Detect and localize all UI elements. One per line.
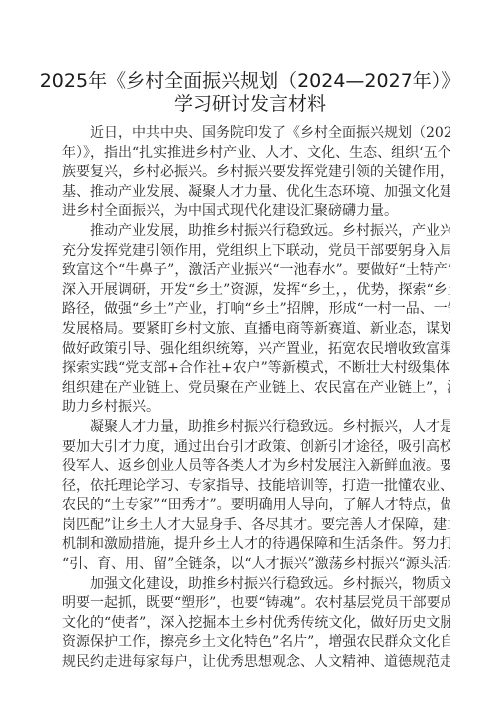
text-line: 基、推动产业发展、凝聚人才力量、优化生态环境、加强文化建设，扎实推 xyxy=(62,183,450,203)
text-line: 机制和激励措施，提升乡土人才的待遇保障和生活条件。努力打通乡土人才 xyxy=(62,535,450,555)
text-line: 族要复兴，乡村必振兴。乡村振兴要发挥党建引领的关键作用，夯实组织根 xyxy=(62,163,450,183)
text-line: 探索实践“党支部+合作社+农户”等新模式，不断壮大村级集体经济，实现“党 xyxy=(62,359,450,379)
text-line: 凝聚人才力量，助推乡村振兴行稳致远。乡村振兴，人才是第一资源。 xyxy=(62,418,450,438)
text-line: 推动产业发展，助推乡村振兴行稳致远。乡村振兴，产业兴旺是根基。 xyxy=(62,222,450,242)
paragraph-intro: 近日，中共中央、国务院印发了《乡村全面振兴规划（2024—2027 年）》，指出… xyxy=(62,124,450,222)
text-line: 年）》，指出“扎实推进乡村产业、人才、文化、生态、组织‘五个振兴民 xyxy=(62,144,450,164)
text-line: 加强文化建设，助推乡村振兴行稳致远。乡村振兴，物质文明和精神文 xyxy=(62,575,450,595)
paragraph-culture: 加强文化建设，助推乡村振兴行稳致远。乡村振兴，物质文明和精神文 明要一起抓，既要… xyxy=(62,575,450,673)
text-line: 径，依托理论学习、专家指导、技能培训等，打造一批懂农业、爱农村、爱 xyxy=(62,477,450,497)
text-line: 近日，中共中央、国务院印发了《乡村全面振兴规划（2024—2027 xyxy=(62,124,450,144)
paragraph-industry: 推动产业发展，助推乡村振兴行稳致远。乡村振兴，产业兴旺是根基。 充分发挥党建引领… xyxy=(62,222,450,418)
text-line: 资源保护工作，擦亮乡土文化特色”名片”，增强农民群众文化自信。让村 xyxy=(62,633,450,653)
text-line: 助力乡村振兴。 xyxy=(62,398,450,418)
text-line: 文化的“使者”，深入挖掘本土乡村优秀传统文化，做好历史文脉传承和文化 xyxy=(62,614,450,634)
text-line: 岗匹配”让乡土人才大显身手、各尽其才。要完善人才保障，建立健全服务 xyxy=(62,516,450,536)
text-line: 深入开展调研，开发“乡土”资源，发挥“乡土，，优势，探索“乡土，， xyxy=(62,281,450,301)
text-line: “引、育、用、留”全链条，以“人才振兴”激荡乡村振兴“源头活水”。 xyxy=(62,555,450,575)
text-line: 组织建在产业链上、党员聚在产业链上、农民富在产业链上”，激发产业活力 xyxy=(62,379,450,399)
text-line: 做好政策引导、强化组织统筹，兴产置业，拓宽农民增收致富渠道。要积极 xyxy=(62,340,450,360)
text-line: 明要一起抓，既要“塑形”，也要“铸魂”。农村基层党员干部要成为乡土 xyxy=(62,594,450,614)
document-page: 2025年《乡村全面振兴规划（2024—2027年）》 学习研讨发言材料 近日，… xyxy=(0,0,500,707)
text-line: 役军人、返乡创业人员等各类人才为乡村发展注入新鲜血液。要拓宽育才途 xyxy=(62,457,450,477)
document-title-line2: 学习研讨发言材料 xyxy=(0,89,500,116)
document-body: 近日，中共中央、国务院印发了《乡村全面振兴规划（2024—2027 年）》，指出… xyxy=(62,124,450,673)
text-line: 发展格局。要紧盯乡村文旅、直播电商等新赛道、新业态，谋划优质项目、 xyxy=(62,320,450,340)
text-line: 要加大引才力度，通过出台引才政策、创新引才途径，吸引高校毕业生、退 xyxy=(62,438,450,458)
text-line: 农民的“土专家”“田秀才”。要明确用人导向，了解人才特点，做好“人 xyxy=(62,496,450,516)
paragraph-talent: 凝聚人才力量，助推乡村振兴行稳致远。乡村振兴，人才是第一资源。 要加大引才力度，… xyxy=(62,418,450,575)
text-line: 进乡村全面振兴，为中国式现代化建设汇聚磅礴力量。 xyxy=(62,202,450,222)
text-line: 致富这个“牛鼻子”，激活产业振兴“一池春水”。要做好“土特产”文章， xyxy=(62,261,450,281)
text-line: 路径，做强“乡土”产业，打响“乡土”招牌，形成“一村一品、一镇一业” xyxy=(62,300,450,320)
text-line: 规民约走进每家每户，让优秀思想观念、人文精神、道德规范走进每个农民 xyxy=(62,653,450,673)
text-line: 充分发挥党建引领作用，党组织上下联动，党员干部要躬身入局，牵好产业 xyxy=(62,242,450,262)
